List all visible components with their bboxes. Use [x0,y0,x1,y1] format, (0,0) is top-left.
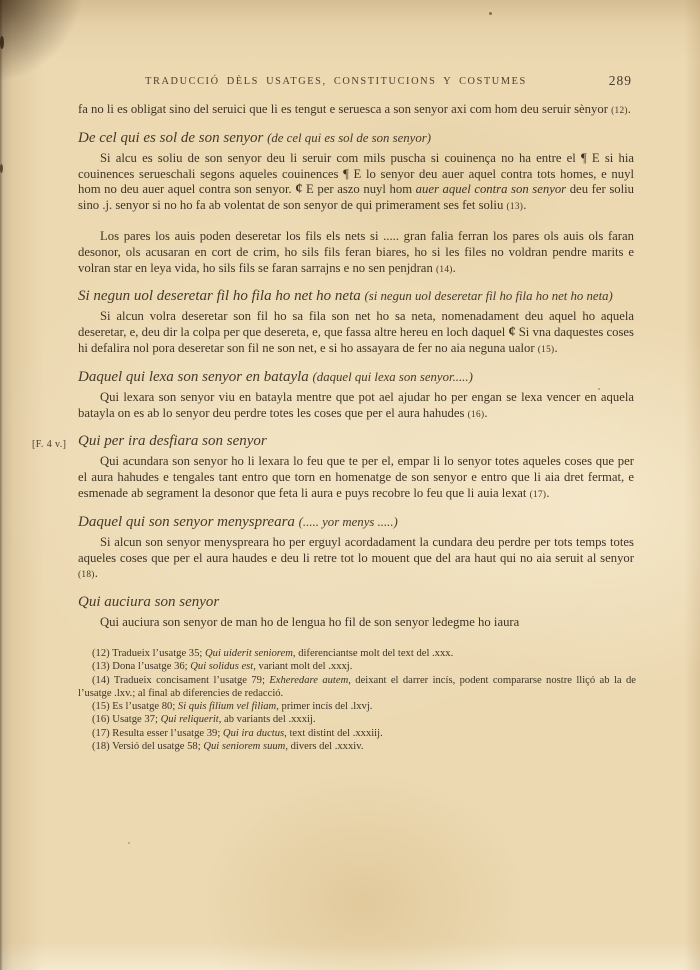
footnote: (17) Resulta esser l’usatge 39; Qui ira … [78,727,636,740]
text-run: (..... yor menys .....) [299,515,398,529]
footnotes: (12) Tradueix l’usatge 35; Qui uiderit s… [78,647,636,753]
text-run: Si quis filium vel filiam [178,701,276,712]
text-run: Qui reliquerit [161,714,219,725]
paragraph: Si alcun son senyor menyspreara ho per e… [78,535,634,584]
text-run: , text distint del .xxxiij. [284,728,383,739]
text-run: . [453,261,456,275]
footnote: (14) Tradueix concisament l’usatge 79; E… [78,674,636,701]
text-run: (15) Es l’usatge 80; [92,701,178,712]
paragraph: Qui auciura son senyor de man ho de leng… [78,615,634,631]
text-run: auer aquel contra son senyor [416,182,566,196]
footnote: (12) Tradueix l’usatge 35; Qui uiderit s… [78,647,636,660]
text-run: Qui per ira desfiara son senyor [78,433,267,449]
text-run: Qui solidus est [190,661,253,672]
text-run: . [546,486,549,500]
text-run: fa no li es obligat sino del seruici que… [78,102,611,116]
paragraph: Si alcun volra deseretar son fil ho sa f… [78,309,634,358]
paragraph: fa no li es obligat sino del seruici que… [78,102,634,120]
text-run: Qui auciura son senyor de man ho de leng… [100,615,519,629]
footnote-ref: (15) [538,345,555,355]
section-heading: Daquel qui son senyor menyspreara (.....… [78,514,634,531]
text-run: , diferenciantse molt del text del .xxx. [293,648,453,659]
text-run: E per aszo nuyl hom [302,182,415,196]
footnote: (13) Dona l’usatge 36; Qui solidus est, … [78,660,636,673]
text-run: (14) Tradueix concisament l’usatge 79; [92,675,269,686]
footnote-ref: (13) [506,202,523,212]
page-body: fa no li es obligat sino del seruici que… [78,102,634,753]
footnote: (16) Usatge 37; Qui reliquerit, ab varia… [78,713,636,726]
text-run: Daquel qui lexa son senyor en batayla [78,369,313,385]
section-heading: Daquel qui lexa son senyor en batayla (d… [78,369,634,386]
text-run: . [484,406,487,420]
text-run: . [628,102,631,116]
text-run: (de cel qui es sol de son senyor) [267,131,431,145]
page-number: 289 [609,73,632,89]
text-run: . [95,566,98,580]
text-run: Qui auciura son senyor [78,594,219,610]
footnote-ref: (16) [468,410,485,420]
text-run: (16) Usatge 37; [92,714,161,725]
text-blocks: fa no li es obligat sino del seruici que… [78,102,634,631]
capitulum-mark: ¢ [508,324,515,340]
footnote-ref: (17) [530,490,547,500]
text-run: Qui acundara son senyor ho li lexara lo … [78,454,634,500]
text-run: Qui ira ductus [223,728,284,739]
text-run: , variant molt del .xxxj. [253,661,352,672]
footnote-ref: (18) [78,570,95,580]
text-run: (si negun uol deseretar fil ho fila ho n… [365,289,613,303]
paragraph: Qui acundara son senyor ho li lexara lo … [78,454,634,503]
text-run: Qui seniorem suum [203,741,285,752]
footnote-ref: (14) [436,265,453,275]
footnote: (15) Es l’usatge 80; Si quis filium vel … [78,700,636,713]
section-heading: De cel qui es sol de son senyor (de cel … [78,130,634,147]
margin-folio-note: [F. 4 v.] [32,436,66,453]
paper-speck [489,12,492,15]
text-run: . [554,341,557,355]
paragraph: Si alcu es soliu de son senyor deu li se… [78,151,634,216]
text-run: Si negun uol deseretar fil ho fila ho ne… [78,288,365,304]
page-edge-mark [0,164,3,173]
page-edge-mark [0,36,4,49]
section-heading: Qui auciura son senyor [78,594,634,611]
text-run: Daquel qui son senyor menyspreara [78,514,299,530]
text-run: Qui uiderit seniorem [205,648,293,659]
paper-speck [128,842,130,844]
running-header-title: TRADUCCIÓ DÈLS USATGES, CONSTITUCIONS Y … [78,76,634,87]
paragraph: Qui lexara son senyor viu en batayla men… [78,390,634,424]
paragraph: Los pares los auis poden deseretar los f… [78,229,634,278]
footnote: (18) Versió del usatge 58; Qui seniorem … [78,740,636,753]
text-run: , ab variants del .xxxij. [219,714,316,725]
text-run: (18) Versió del usatge 58; [92,741,203,752]
text-run: . [523,198,526,212]
text-run: (daquel qui lexa son senyor.....) [313,370,473,384]
text-run: Exheredare autem [269,675,348,686]
text-run: Qui lexara son senyor viu en batayla men… [78,390,634,420]
text-run: , divers del .xxxiv. [285,741,363,752]
text-run: (17) Resulta esser l’usatge 39; [92,728,223,739]
text-run: , primer incís del .lxvj. [276,701,372,712]
text-run: De cel qui es sol de son senyor [78,130,267,146]
text-run: Si alcun son senyor menyspreara ho per e… [78,535,634,565]
running-header: TRADUCCIÓ DÈLS USATGES, CONSTITUCIONS Y … [78,76,634,94]
footnote-ref: (12) [611,106,628,116]
text-run: (13) Dona l’usatge 36; [92,661,190,672]
text-run: (12) Tradueix l’usatge 35; [92,648,205,659]
section-heading: Si negun uol deseretar fil ho fila ho ne… [78,288,634,305]
text-run: Los pares los auis poden deseretar los f… [78,229,634,275]
section-heading: [F. 4 v.]Qui per ira desfiara son senyor [78,433,634,450]
